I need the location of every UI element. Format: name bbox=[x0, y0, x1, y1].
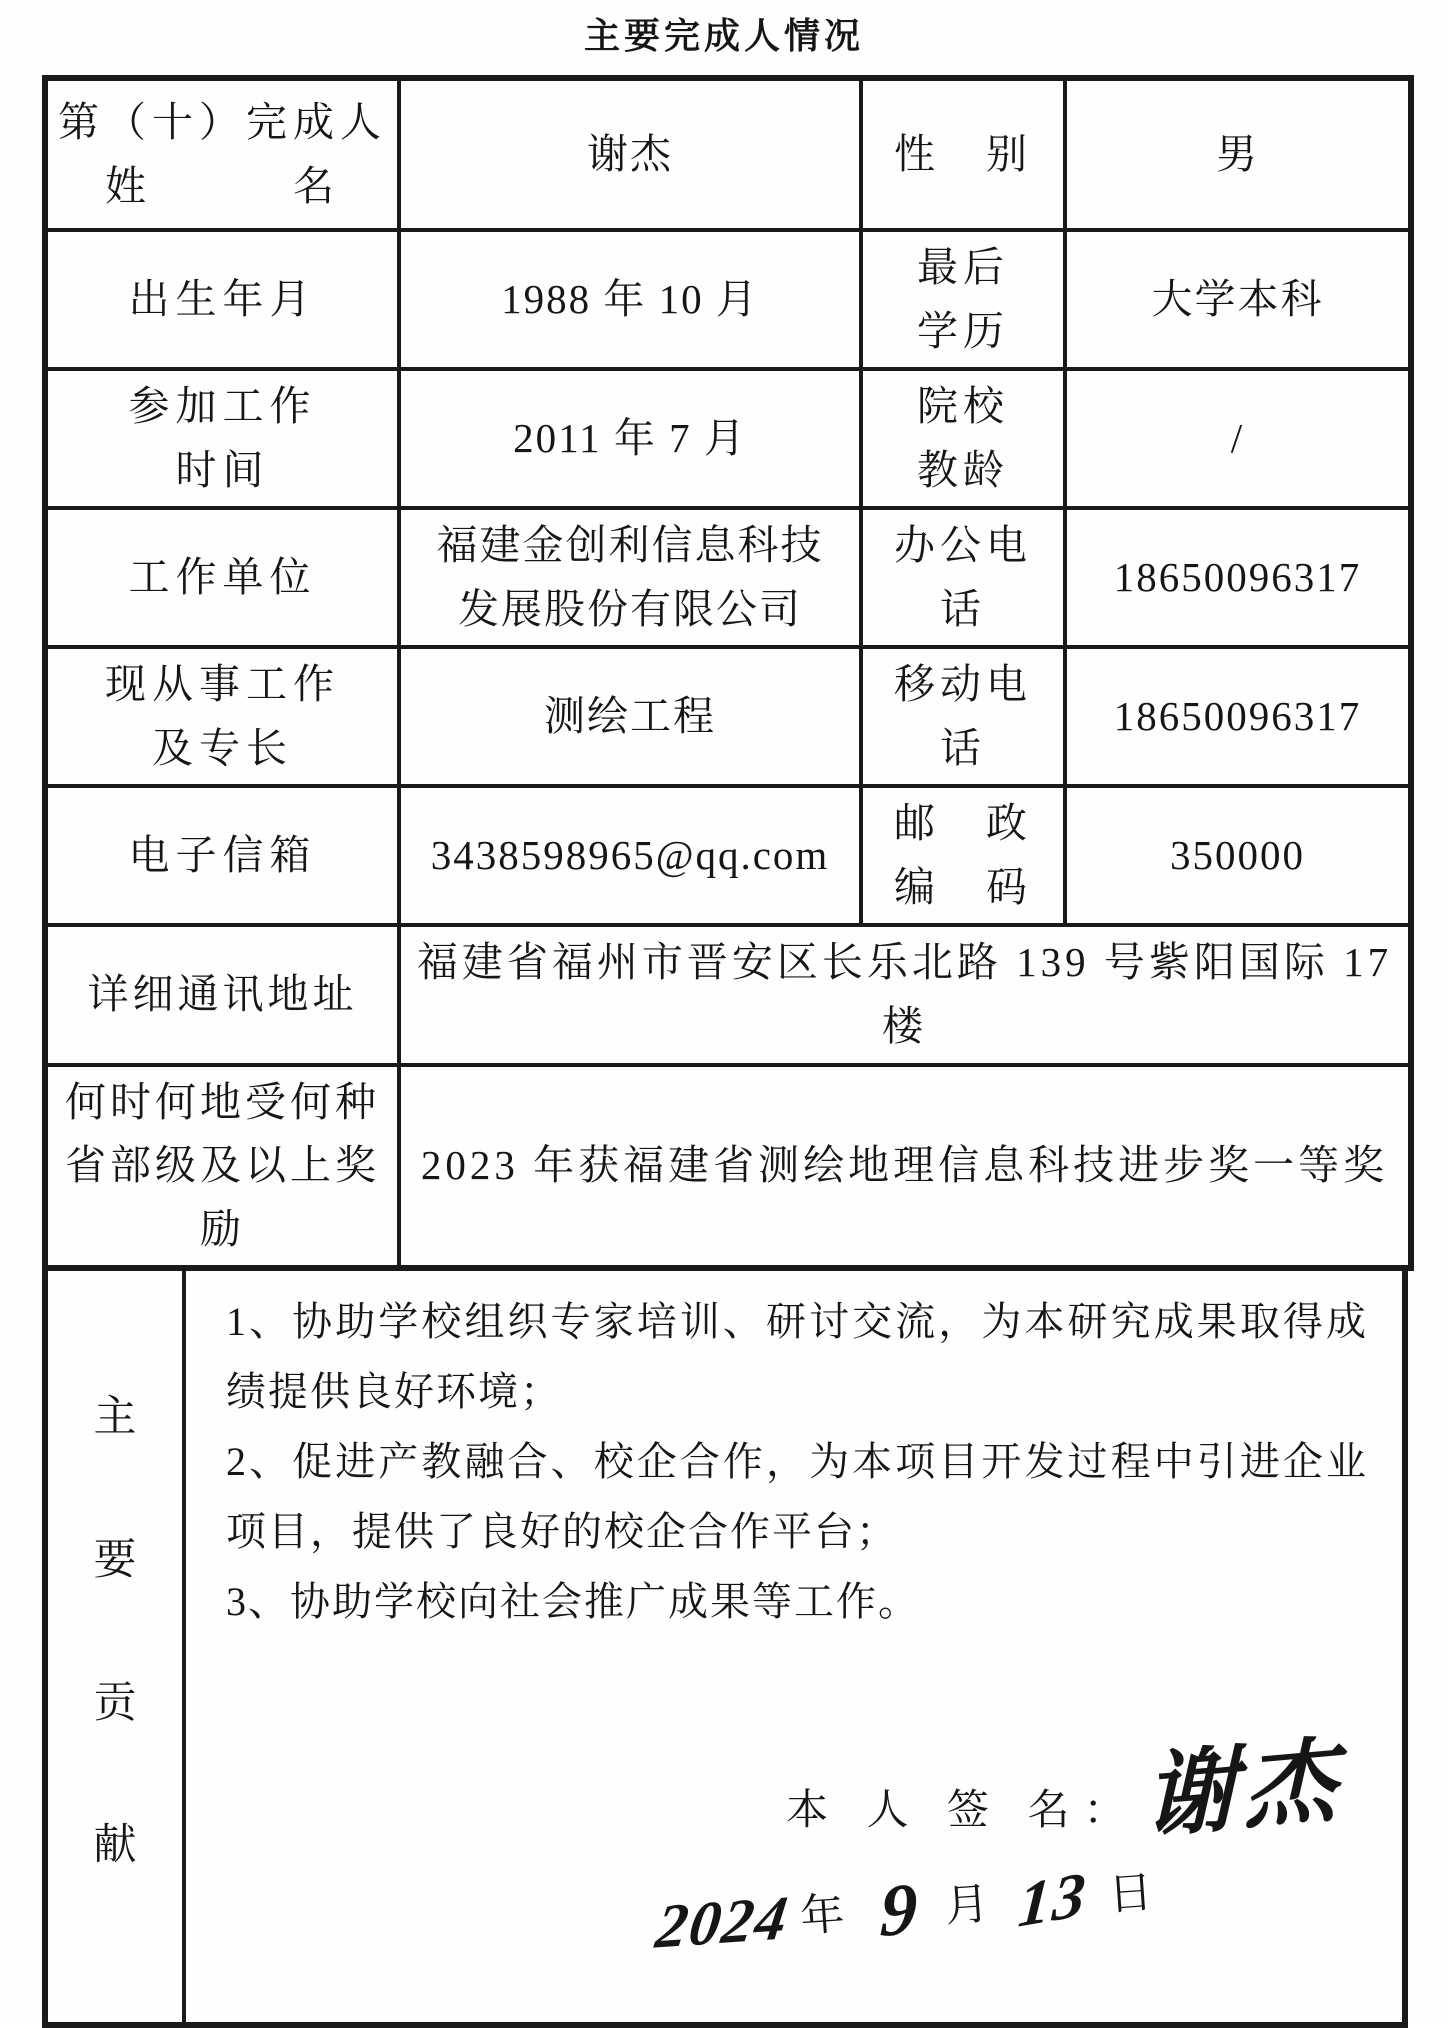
teaching-age-label: 院校 教龄 bbox=[861, 369, 1065, 508]
office-phone-label: 办公电 话 bbox=[861, 508, 1065, 647]
contribution-item: 3、协助学校向社会推广成果等工作。 bbox=[226, 1567, 1368, 1637]
signature-date: 2024 年 9 月 13 日 bbox=[654, 1854, 1157, 1962]
signature-date-month: 9 bbox=[879, 1874, 920, 1947]
table-row: 电子信箱 3438598965@qq.com 邮 政 编 码 350000 bbox=[45, 786, 1411, 925]
signature-date-day-unit: 日 bbox=[1106, 1858, 1157, 1931]
contributions-label: 主 要 贡 献 bbox=[48, 1271, 186, 2022]
contribution-item: 2、促进产教融合、校企合作，为本项目开发过程中引进企业项目，提供了良好的校企合作… bbox=[226, 1427, 1368, 1567]
contributions-label-char: 要 bbox=[94, 1526, 137, 1587]
postal-code-label: 邮 政 编 码 bbox=[861, 786, 1065, 925]
table-row: 详细通讯地址 福建省福州市晋安区长乐北路 139 号紫阳国际 17 楼 bbox=[45, 925, 1411, 1064]
birth-date-label: 出生年月 bbox=[45, 230, 399, 369]
contribution-item: 1、协助学校组织专家培训、研讨交流，为本研究成果取得成绩提供良好环境； bbox=[226, 1287, 1368, 1427]
office-phone-value: 18650096317 bbox=[1065, 508, 1411, 647]
mobile-phone-label: 移动电 话 bbox=[861, 647, 1065, 786]
last-education-label: 最后 学历 bbox=[861, 230, 1065, 369]
award-label: 何时何地受何种 省部级及以上奖 励 bbox=[45, 1065, 399, 1269]
teaching-age-value: / bbox=[1065, 369, 1411, 508]
signature-date-year-unit: 年 bbox=[798, 1879, 849, 1952]
work-start-value: 2011 年 7 月 bbox=[399, 369, 861, 508]
signature-date-day: 13 bbox=[1016, 1859, 1090, 1941]
current-work-label: 现从事工作 及专长 bbox=[45, 647, 399, 786]
main-contribution-row: 主 要 贡 献 1、协助学校组织专家培训、研讨交流，为本研究成果取得成绩提供良好… bbox=[42, 1271, 1408, 2028]
table-row: 出生年月 1988 年 10 月 最后 学历 大学本科 bbox=[45, 230, 1411, 369]
table-row: 参加工作 时间 2011 年 7 月 院校 教龄 / bbox=[45, 369, 1411, 508]
postal-code-value: 350000 bbox=[1065, 786, 1411, 925]
page-title: 主要完成人情况 bbox=[0, 8, 1448, 59]
email-value: 3438598965@qq.com bbox=[399, 786, 861, 925]
last-education-value: 大学本科 bbox=[1065, 230, 1411, 369]
table-row: 工作单位 福建金创利信息科技 发展股份有限公司 办公电 话 1865009631… bbox=[45, 508, 1411, 647]
contributions-label-char: 主 bbox=[94, 1383, 137, 1444]
award-value: 2023 年获福建省测绘地理信息科技进步奖一等奖 bbox=[399, 1065, 1411, 1269]
work-start-label: 参加工作 时间 bbox=[45, 369, 399, 508]
handwritten-signature: 谢杰 bbox=[1143, 1745, 1343, 1833]
contributions-label-char: 献 bbox=[94, 1811, 137, 1872]
contributions-content: 1、协助学校组织专家培训、研讨交流，为本研究成果取得成绩提供良好环境； 2、促进… bbox=[186, 1271, 1402, 2022]
completer-info-table: 第（十）完成人 姓 名 谢杰 性 别 男 出生年月 1988 年 10 月 最后… bbox=[42, 75, 1408, 2028]
completer-name-value: 谢杰 bbox=[399, 78, 861, 230]
employer-value: 福建金创利信息科技 发展股份有限公司 bbox=[399, 508, 861, 647]
gender-label: 性 别 bbox=[861, 78, 1065, 230]
contributions-label-char: 贡 bbox=[94, 1669, 137, 1730]
signature-row: 本 人 签 名： 谢杰 bbox=[786, 1776, 1346, 1846]
table-row: 现从事工作 及专长 测绘工程 移动电 话 18650096317 bbox=[45, 647, 1411, 786]
current-work-value: 测绘工程 bbox=[399, 647, 861, 786]
signature-label: 本 人 签 名： bbox=[786, 1776, 1140, 1846]
signature-date-year: 2024 bbox=[652, 1883, 794, 1963]
signature-date-month-unit: 月 bbox=[943, 1869, 994, 1942]
address-value: 福建省福州市晋安区长乐北路 139 号紫阳国际 17 楼 bbox=[399, 925, 1411, 1064]
table-row: 何时何地受何种 省部级及以上奖 励 2023 年获福建省测绘地理信息科技进步奖一… bbox=[45, 1065, 1411, 1269]
mobile-phone-value: 18650096317 bbox=[1065, 647, 1411, 786]
address-label: 详细通讯地址 bbox=[45, 925, 399, 1064]
table-row: 第（十）完成人 姓 名 谢杰 性 别 男 bbox=[45, 78, 1411, 230]
completer-name-label: 第（十）完成人 姓 名 bbox=[45, 78, 399, 230]
email-label: 电子信箱 bbox=[45, 786, 399, 925]
gender-value: 男 bbox=[1065, 78, 1411, 230]
birth-date-value: 1988 年 10 月 bbox=[399, 230, 861, 369]
employer-label: 工作单位 bbox=[45, 508, 399, 647]
